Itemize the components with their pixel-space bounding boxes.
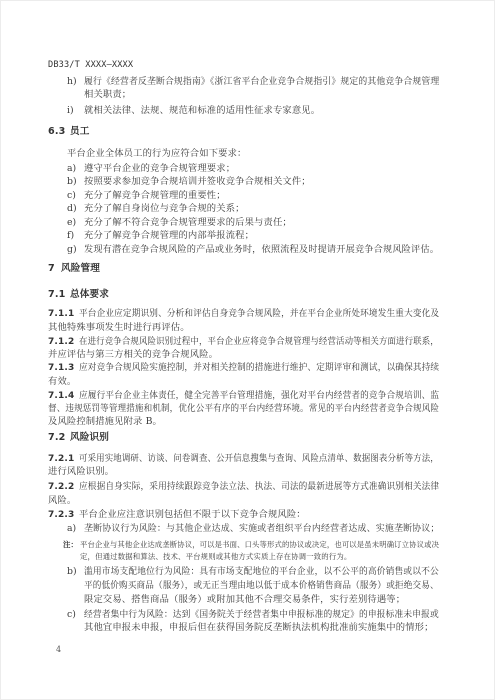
list-item-text: 充分了解竞争合规管理的内部举报流程； xyxy=(84,230,254,242)
list-item-text: 充分了解不符合竞争合规管理要求的后果与责任； xyxy=(84,217,292,229)
clause-text: 平台企业应定期识别、分析和评估自身竞争合规风险，并在平台企业所处环境发生重大变化… xyxy=(79,308,439,320)
clause-text: 并应评估与第三方相关的竞争合规风险。 xyxy=(48,349,218,361)
list-item-text: 经营者集中行为风险：达到《国务院关于经营者集中申报标准的规定》的申报标准未申报或 xyxy=(84,609,439,621)
list-item-text: 滥用市场支配地位行为风险：具有市场支配地位的平台企业，以不公平的高价销售或以不公 xyxy=(84,566,439,578)
list-label: b) xyxy=(67,566,77,578)
clause-text: 有效。 xyxy=(48,376,76,388)
list-item-text: 就相关法律、法规、规范和标准的适用性征求专家意见。 xyxy=(84,105,320,117)
clause-number: 7.1.4 xyxy=(48,390,74,402)
list-label: g) xyxy=(67,244,77,256)
note-text: 平台企业与其他企业达成垄断协议，可以是书面、口头等形式的协议或决定，也可以是虽未… xyxy=(80,539,439,551)
document-page: DB33/T XXXX—XXXX h) 履行《经营者反垄断合规指南》《浙江省平台… xyxy=(0,0,495,700)
clause-text: 风险。 xyxy=(48,495,76,507)
note-text: 定，但通过数据和算法、技术、平台规则或其他方式实质上存在协调一致的行为。 xyxy=(80,551,351,563)
chapter-title: 风险管理 xyxy=(61,263,100,275)
list-item-text: 其他宜申报未申报，申报后但在获得国务院反垄断执法机构批准前实施集中的情形； xyxy=(84,622,434,634)
list-item-text: 充分了解竞争合规管理的重要性； xyxy=(84,190,226,202)
list-label: a) xyxy=(67,523,76,535)
clause-number: 7.2.2 xyxy=(48,481,74,493)
list-item-text: 发现有潜在竞争合规风险的产品或业务时，依照流程及时提请开展竞争合规风险评估。 xyxy=(84,244,439,256)
clause-text: 可采用实地调研、访谈、问卷调查、公开信息搜集与查询、风险点清单、数据图表分析等方… xyxy=(79,453,439,465)
list-item-text: 限定交易、搭售商品（服务）或附加其他不合理交易条件，实行差别待遇等； xyxy=(84,594,405,606)
list-item-text: 相关职责； xyxy=(84,89,131,101)
clause-text: 平台企业应注意识别包括但不限于以下竞争合规风险： xyxy=(79,509,306,521)
list-item-text: 按照要求参加竞争合规培训并签收竞争合规相关文件； xyxy=(84,176,311,188)
clause-text: 进行风险识别。 xyxy=(48,466,114,478)
section-title: 员工 xyxy=(70,126,90,138)
clause-number: 7.1.3 xyxy=(48,362,74,374)
list-label: a) xyxy=(67,163,76,175)
list-label: i) xyxy=(67,105,74,117)
clause-number: 7.1.2 xyxy=(48,336,74,348)
list-item-text: 遵守平台企业的竞争合规管理要求； xyxy=(84,163,235,175)
list-label: e) xyxy=(67,217,76,229)
section-number: 6.3 xyxy=(48,126,65,138)
document-code-header: DB33/T XXXX—XXXX xyxy=(48,59,133,71)
list-label: c) xyxy=(67,609,76,621)
section-title: 风险识别 xyxy=(70,432,109,444)
clause-number: 7.2.1 xyxy=(48,453,74,465)
clause-text: 及风险控制措施见附录 B。 xyxy=(48,416,162,428)
list-item-text: 履行《经营者反垄断合规指南》《浙江省平台企业竞争合规指引》规定的其他竞争合规管理 xyxy=(84,76,439,88)
chapter-number: 7 xyxy=(48,263,55,275)
clause-text: 应履行平台企业主体责任，健全完善平台管理措施，强化对平台内经营者的竞争合规培训、… xyxy=(79,390,439,402)
list-item-text: 垄断协议行为风险：与其他企业达成、实施或者组织平台内经营者达成、实施垄断协议； xyxy=(84,523,440,535)
list-label: h) xyxy=(67,76,77,88)
list-label: c) xyxy=(67,190,76,202)
page-number: 4 xyxy=(56,644,61,656)
clause-text: 应对竞争合规风险实施控制，并对相关控制的措施进行维护、定期评审和测试，以确保其持… xyxy=(79,362,439,374)
clause-text: 督、违规惩罚等管理措施和机制，优化公平有序的平台内经营环境。常见的平台内经营者竞… xyxy=(48,403,439,415)
clause-text: 其他特殊事项发生时进行再评估。 xyxy=(48,322,190,334)
list-label: d) xyxy=(67,203,77,215)
list-label: b) xyxy=(67,176,77,188)
list-item-text: 平的低价购买商品（服务），或无正当理由地以低于成本价格销售商品（服务）或拒绝交易… xyxy=(84,580,439,592)
section-number: 7.1 xyxy=(48,289,65,301)
clause-number: 7.2.3 xyxy=(48,509,74,521)
section-number: 7.2 xyxy=(48,432,65,444)
clause-text: 在进行竞争合规风险识别过程中，平台企业应将竞争合规管理与经营活动等相关方面进行联… xyxy=(79,336,439,348)
note-label: 注： xyxy=(63,539,78,551)
clause-text: 应根据自身实际，采用持续跟踪竞争法立法、执法、司法的最新进展等方式准确识别相关法… xyxy=(79,481,439,493)
section-title: 总体要求 xyxy=(70,289,109,301)
clause-number: 7.1.1 xyxy=(48,308,74,320)
list-item-text: 充分了解自身岗位与竞争合规的关系； xyxy=(84,203,245,215)
list-label: f) xyxy=(67,230,74,242)
paragraph: 平台企业全体员工的行为应符合如下要求： xyxy=(67,148,247,160)
